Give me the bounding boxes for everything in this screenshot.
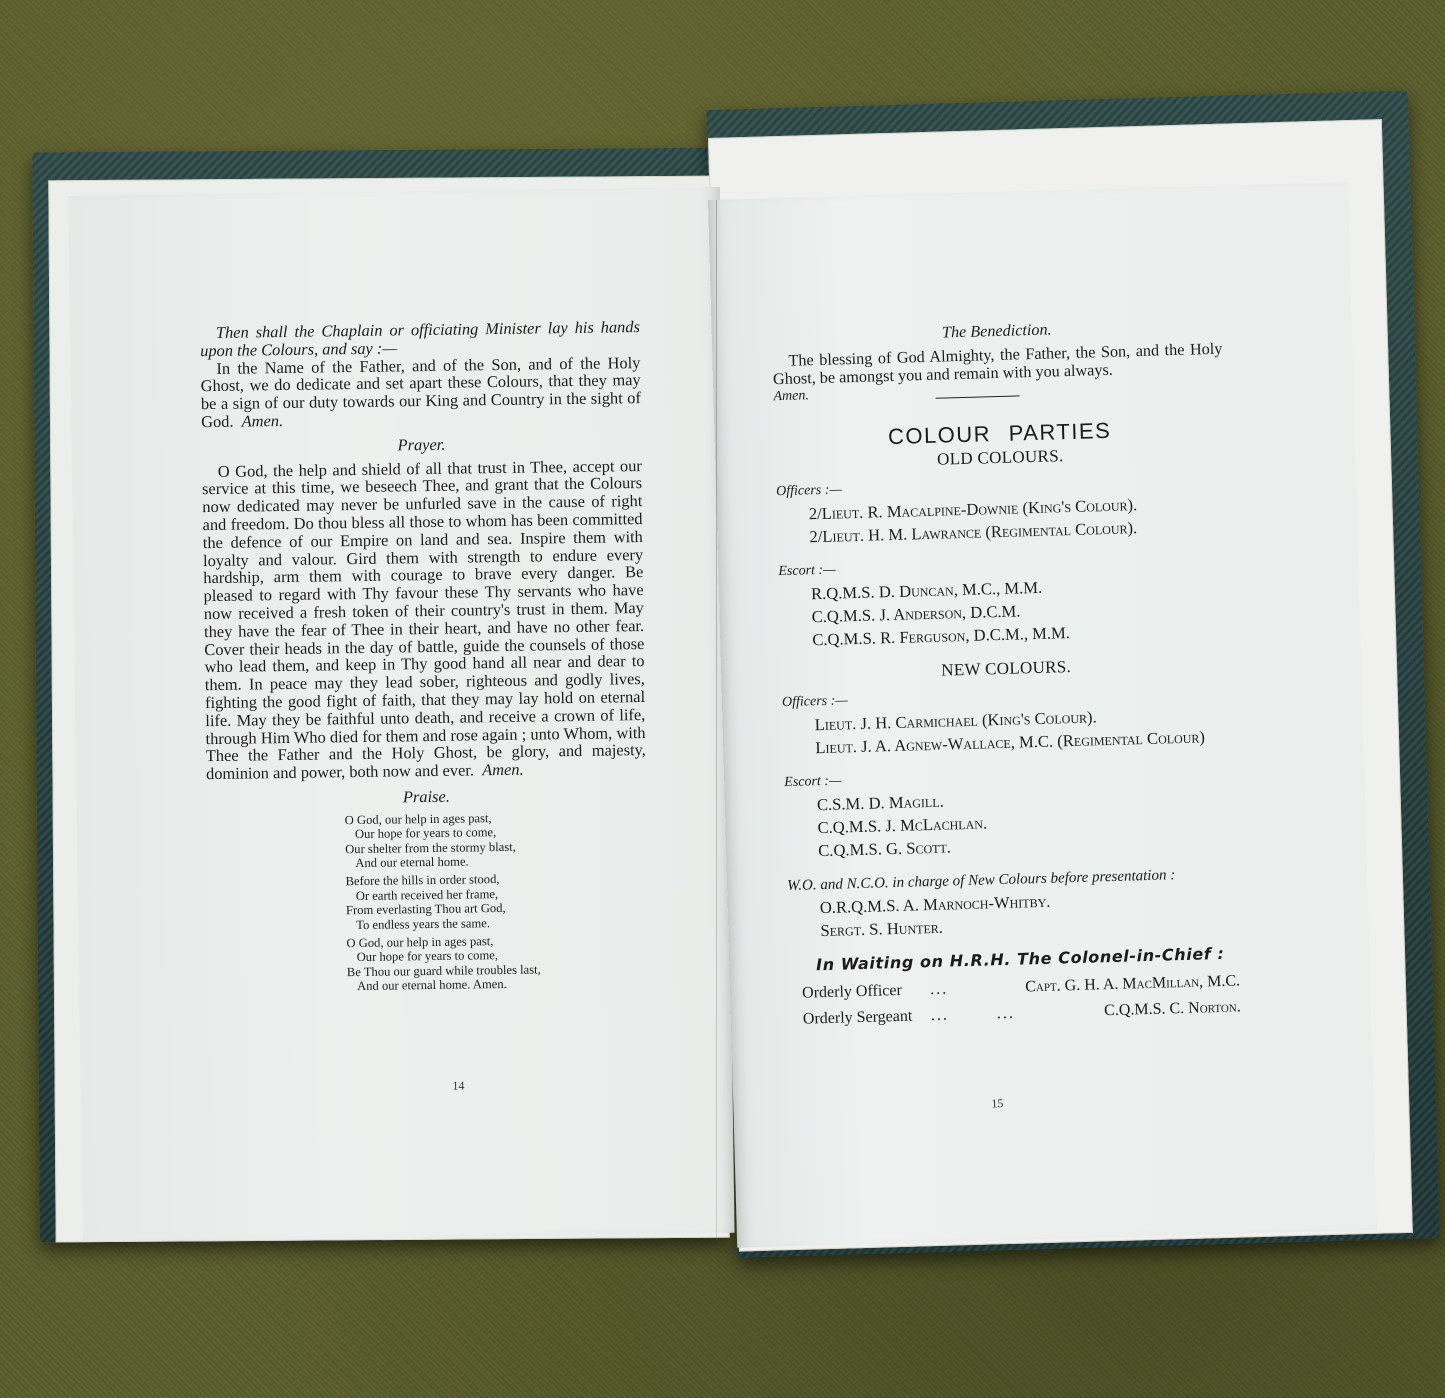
left-page: Then shall the Chaplain or officiating M… (68, 187, 735, 1242)
hymn: O God, our help in ages past, Our hope f… (207, 809, 649, 996)
old-escort-list: R.Q.M.S. D. Duncan, M.C., M.M. C.Q.M.S. … (811, 571, 1231, 652)
in-charge-list: O.R.Q.M.S. A. Marnoch-Whitby. Sergt. S. … (819, 884, 1238, 942)
hymn-verse-2: Before the hills in order stood, Or eart… (346, 870, 649, 932)
leader-dots: ... ... (913, 1000, 1034, 1029)
book-gutter (716, 200, 717, 1240)
left-page-body: Then shall the Chaplain or officiating M… (200, 318, 649, 1000)
hymn-line: And our eternal home. (345, 852, 647, 871)
new-colours-heading: NEW COLOURS. (781, 654, 1231, 685)
prayer-amen: Amen. (482, 760, 524, 780)
hymn-verse-3: O God, our help in ages past, Our hope f… (346, 932, 649, 994)
orderly-role: Orderly Sergeant (803, 1004, 914, 1033)
praise-heading: Praise. (206, 785, 646, 809)
hymn-verse-1: O God, our help in ages past, Our hope f… (345, 809, 648, 871)
right-page-body: The Benediction. The blessing of God Alm… (772, 316, 1242, 1033)
hymn-line: And our eternal home. Amen. (347, 975, 649, 994)
page-number-right: 15 (991, 1096, 1003, 1111)
leader-dots: ... (912, 976, 967, 1003)
dedication-amen: Amen. (242, 411, 284, 431)
prayer-paragraph: O God, the help and shield of all that t… (202, 457, 646, 783)
orderly-name: C.Q.M.S. C. Norton. (1104, 994, 1241, 1024)
new-escort-list: C.S.M. D. Magill. C.Q.M.S. J. McLachlan.… (817, 782, 1237, 863)
page-number-left: 14 (452, 1079, 464, 1094)
prayer-text: O God, the help and shield of all that t… (202, 456, 646, 784)
right-page: The Benediction. The blessing of God Alm… (708, 182, 1377, 1247)
dedication-paragraph: In the Name of the Father, and of the So… (200, 354, 641, 431)
orderly-role: Orderly Officer (802, 978, 913, 1007)
prayer-heading: Prayer. (201, 433, 641, 457)
old-officers-list: 2/Lieut. R. Macalpine-Downie (King's Col… (808, 491, 1227, 549)
new-officers-list: Lieut. J. H. Carmichael (King's Colour).… (814, 702, 1233, 760)
